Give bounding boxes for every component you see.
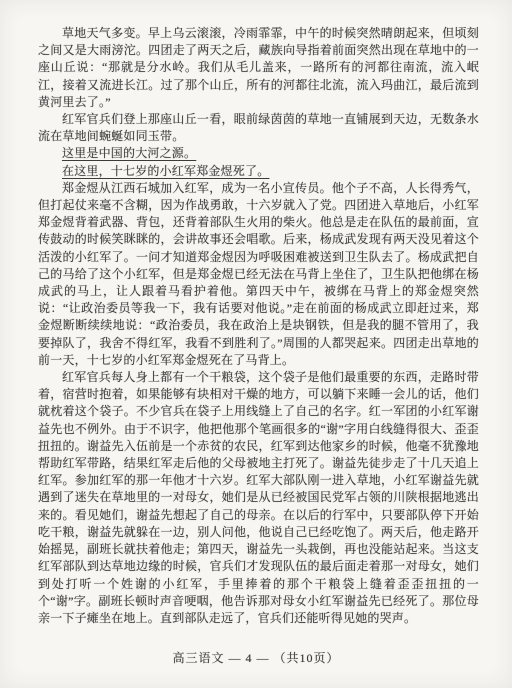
page-footer: 高三语文 — 4 — （共10页） bbox=[0, 649, 512, 666]
paragraph: 草地天气多变。早上乌云滚滚，冷雨霏霏，中午的时候突然晴朗起来，但顷刻之间又是大雨… bbox=[38, 25, 479, 111]
paragraph: 郑金煜从江西石城加入红军，成为一名小宣传员。他个子不高，人长得秀气，但打起仗来毫… bbox=[38, 180, 479, 369]
underlined-sentence: 在这里，十七岁的小红军郑金煜死了。 bbox=[38, 163, 479, 180]
underlined-sentence: 这里是中国的大河之源。 bbox=[38, 145, 479, 162]
paragraph: 红军官兵每人身上都有一个干粮袋，这个袋子是他们最重要的东西，走路时带着，宿营时抱… bbox=[38, 369, 479, 627]
reading-passage: 草地天气多变。早上乌云滚滚，冷雨霏霏，中午的时候突然晴朗起来，但顷刻之间又是大雨… bbox=[38, 25, 479, 627]
paragraph: 红军官兵们登上那座山丘一看，眼前绿茵茵的草地一直铺展到天边，无数条水流在草地间蜿… bbox=[38, 111, 479, 145]
exam-paper-page: 草地天气多变。早上乌云滚滚，冷雨霏霏，中午的时候突然晴朗起来，但顷刻之间又是大雨… bbox=[0, 0, 512, 688]
